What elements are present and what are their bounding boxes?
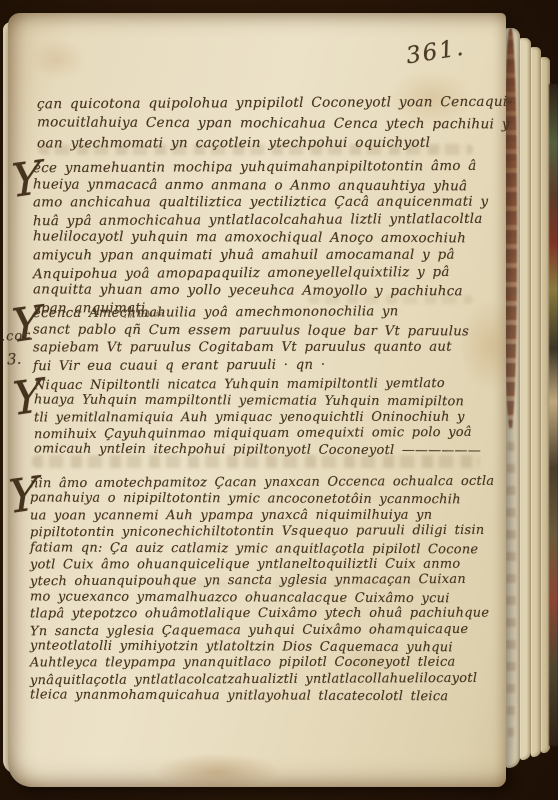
text-line: huâ ypâ anmochicahua yntlatlacolcahahua …	[33, 211, 488, 231]
paragraph-lines: Niquac Nipiltontli nicatca Yuhquin mamip…	[34, 377, 481, 458]
margin-note-number: 3.	[6, 350, 22, 369]
page-edge-stack	[531, 47, 541, 757]
text-line: sanct pablo qñ Cum essem paruulus loque …	[33, 321, 469, 340]
text-line: fatiam qn: Ça auiz catlamiz ymic anquitl…	[30, 540, 494, 558]
paragraph-lines: çan quicotona quipolohua ynpipilotl Coco…	[37, 93, 512, 153]
text-line: panahuiya o nipipiltotontin ymic ancocon…	[30, 491, 494, 509]
text-line: nomihuix Çayuhquinmao miquiquam omequixt…	[34, 425, 481, 444]
book-photo: 361. çan quicotona quipolohua ynpipilotl…	[0, 0, 558, 800]
fore-edge-stain	[506, 420, 516, 750]
text-line: omicauh yntlein itechpohui pipiltonyotl …	[34, 442, 481, 460]
text-line: tli yemitlalnamiquia Auh ymiquac yenoqui…	[34, 409, 481, 426]
paragraph-lines: ecenca Amechmahuilia yoâ amechmononochil…	[33, 304, 469, 374]
text-line: oan ytechmomati yn caçotlein ytechpohui …	[37, 133, 512, 154]
text-line: huelilocayotl yuhquin ma amoxochiqual An…	[33, 229, 488, 249]
text-line: Niquac Nipiltontli nicatca Yuhquin mamip…	[34, 376, 481, 395]
text-line: ytech ohuanquipouhque yn sancta yglesia …	[30, 572, 494, 591]
text-line: pipiltotontin yniconechichiltotontin Vsq…	[30, 523, 494, 542]
page-number: 361.	[404, 35, 467, 70]
text-line: amiycuh ypan anquimati yhuâ amahuil amoc…	[33, 247, 488, 265]
text-line: huaya Yuhquin mampiltontli yemicmatia Yu…	[34, 393, 481, 411]
paragraph: Y Niquac Nipiltontli nicatca Yuhquin mam…	[34, 377, 481, 458]
text-line: fui Vir eua cuaui q erant paruuli · qn ·	[33, 355, 469, 375]
text-line: ecenca Amechmahuilia yoâ amechmononochil…	[33, 303, 469, 323]
text-line: amo anchicahua qualtiliztica yectiliztic…	[33, 194, 488, 212]
text-line: ynâquitlaçotla yntlatlacolcatzahualiztli…	[30, 671, 494, 690]
manuscript-page: 361. çan quicotona quipolohua ynpipilotl…	[8, 13, 506, 787]
paragraph: Y nin âmo amotechpamitoz Çacan ynaxcan O…	[30, 475, 494, 705]
text-line: Yn sancta yglesia Çaquemaca yuhqui Cuixâ…	[30, 621, 494, 640]
paragraph: Y ecenca Amechmahuilia yoâ amechmononoch…	[33, 304, 469, 374]
margin-note-citation: .cor.	[1, 328, 35, 344]
text-line: mocuitlahuiya Cenca ypan mochicahua Cenc…	[37, 112, 513, 134]
text-line: Anquipohua yoâ amopapaquiliz amoneyellel…	[33, 263, 488, 283]
paragraph: çan quicotona quipolohua ynpipilotl Coco…	[37, 93, 512, 153]
text-line: ua yoan ycannemi Auh ypampa ynaxcâ niqui…	[30, 507, 494, 524]
paragraph-lines: ece ynamehuantin mochipa yuhquimahanpipi…	[33, 159, 488, 317]
text-line: anquitta yhuan amo yollo yeceuhca Amoyol…	[33, 282, 488, 302]
page-edge-stack	[520, 38, 531, 760]
paragraph: Y ece ynamehuantin mochipa yuhquimahanpi…	[33, 159, 488, 317]
text-line: tleica ynanmohamquicahua ynitlayohual tl…	[30, 688, 494, 706]
paragraph-lines: nin âmo amotechpamitoz Çacan ynaxcan Occ…	[30, 475, 494, 705]
text-line: ece ynamehuantin mochipa yuhquimahanpipi…	[33, 158, 488, 178]
text-line: sapiebam Vt paruulus Cogitabam Vt paruul…	[33, 339, 469, 357]
text-line: çan quicotona quipolohua ynpipilotl Coco…	[37, 92, 513, 114]
marbled-endpaper	[549, 84, 558, 746]
text-line: Auhtleyca tleypampa ynanquitlaco pipilot…	[30, 655, 494, 672]
text-line: tlapâ ytepotzco ohuâmotlalique Cuixâmo y…	[30, 606, 494, 623]
text-line: hueiya ynmacacâ anmo anmana o Anmo anqua…	[33, 176, 488, 196]
